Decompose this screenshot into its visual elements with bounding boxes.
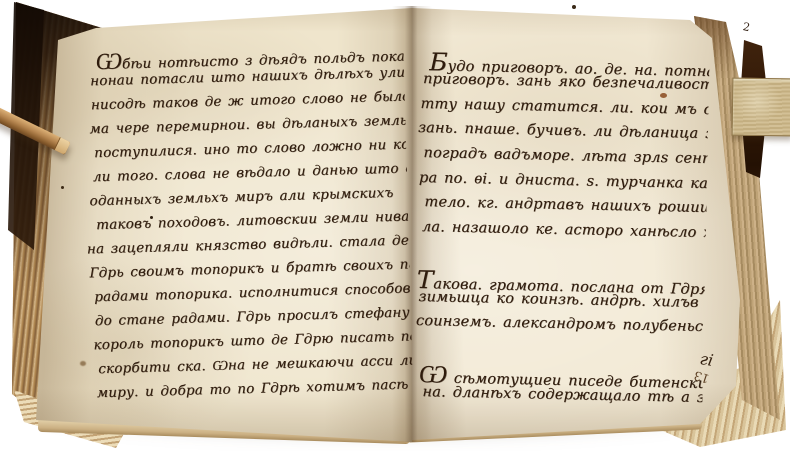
handwritten-line: скорбити ска. Ѡна не мешкаючи асси ли [98,352,413,377]
handwritten-line: поступилися. ино то слово ложно ни ко [94,136,410,161]
clasp-strap [732,78,790,137]
handwritten-line: таковъ походовъ. литовскии земли нива [96,208,410,233]
wax-speck [660,93,667,98]
handwritten-line: ли того. слова не вѣдало и данью што де [93,160,413,185]
handwritten-line: король топорикъ што де Гдрю писать по [93,328,413,353]
handwritten-line: нисодѣ таков де ж итого слово не было бѣ… [91,87,414,113]
ink-speck [150,216,153,219]
manuscript-photo: поградъ вадъморе. лѣта зрлѕ сент а ла. н… [0,0,790,451]
page-hole [572,5,576,9]
left-page-text: Ѡбѣи нотѣисто з дѣядъ польдъ покамисхъ н… [81,26,413,407]
handwritten-line: тту нашу статится. ли. кои мъ стоти [420,96,710,119]
handwritten-line: ла. назашоло ке. асторо ханѣсло хъ [422,219,710,241]
ink-stain [80,361,86,366]
ink-speck [61,186,64,189]
handwritten-line: ра по. ѳі. и дниста. ѕ. турчанка ка [419,170,708,192]
handwritten-line: зань. пнаше. бучивъ. ли дѣланица земль [418,120,710,143]
edge-mark: 2 [740,20,764,44]
handwritten-line: тело. кг. андртавъ нашихъ рошишевло [424,194,710,217]
right-page-text: Будо приговоръ. ао. де. на. потнаи чемъ … [412,23,710,429]
handwritten-line: до стане радами. Гдрь просилъ стефану [95,305,410,330]
handwritten-line: Гдрь своимъ топорикъ и братѣ своихъ пано… [89,255,413,281]
handwritten-line: оданныхъ земльхъ миръ али крымскихъ [89,185,393,209]
handwritten-line: на зацепляли князство видѣли. стала де с… [87,232,413,258]
handwritten-line: соинземъ. александромъ полубеньскимъ [416,313,710,336]
handwritten-line: радами топорика. исполнитися способовъ [94,280,413,305]
handwritten-line: поградъ вадъморе. лѣта зрлѕ сент а [423,145,710,167]
handwritten-line: ма чере перемирнои. вы дѣланыхъ земль [89,112,407,137]
handwritten-line: миру. и добра то по Гдрѣ хотимъ пасѣ [97,377,409,402]
